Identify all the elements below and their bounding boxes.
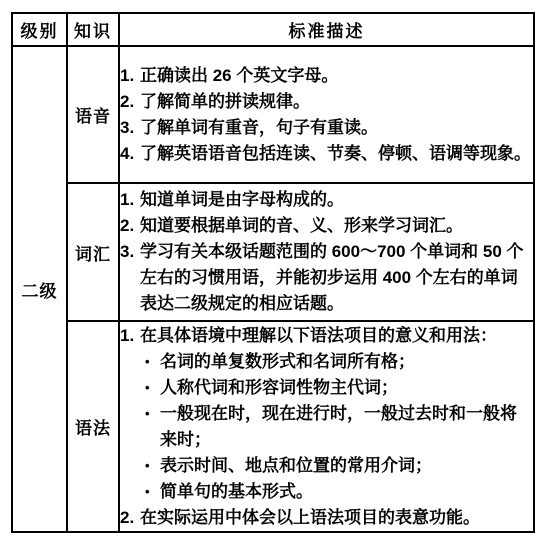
- bullet-item: •简单句的基本形式。: [145, 479, 533, 505]
- item-main-text: 了解单词有重音，句子有重读。: [140, 115, 533, 141]
- bullet-icon: •: [145, 453, 160, 479]
- bullet-item: •人称代词和形容词性物主代词；: [145, 375, 533, 401]
- table-row-grammar: 语法 1.在具体语境中理解以下语法项目的意义和用法：•名词的单复数形式和名词所有…: [12, 321, 534, 532]
- knowledge-cell-vocabulary: 词汇: [67, 183, 119, 321]
- item-main-text: 正确读出 26 个英文字母。: [140, 63, 533, 89]
- item-main-text: 学习有关本级话题范围的 600～700 个单词和 50 个左右的习惯用语，并能初…: [140, 239, 533, 317]
- item-number: 2.: [120, 89, 140, 115]
- bullet-item: •名词的单复数形式和名词所有格；: [145, 349, 533, 375]
- item-text: 了解简单的拼读规律。: [140, 89, 533, 115]
- item-text: 在实际运用中体会以上语法项目的表意功能。: [140, 505, 533, 531]
- standard-item: 1.在具体语境中理解以下语法项目的意义和用法：•名词的单复数形式和名词所有格；•…: [120, 323, 533, 505]
- item-main-text: 了解简单的拼读规律。: [140, 89, 533, 115]
- description-cell-grammar: 1.在具体语境中理解以下语法项目的意义和用法：•名词的单复数形式和名词所有格；•…: [119, 321, 534, 532]
- item-text: 知道要根据单词的音、义、形来学习词汇。: [140, 213, 533, 239]
- item-main-text: 在具体语境中理解以下语法项目的意义和用法：: [140, 323, 533, 349]
- item-number: 3.: [120, 115, 140, 141]
- bullet-text: 简单句的基本形式。: [160, 479, 533, 505]
- item-text: 知道单词是由字母构成的。: [140, 187, 533, 213]
- standards-table: 级别 知识 标准描述 二级 语音 1.正确读出 26 个英文字母。2.了解简单的…: [11, 12, 535, 533]
- knowledge-cell-phonetics: 语音: [67, 46, 119, 183]
- item-text: 正确读出 26 个英文字母。: [140, 63, 533, 89]
- bullet-text: 一般现在时，现在进行时，一般过去时和一般将来时；: [160, 401, 533, 453]
- column-header-knowledge: 知识: [67, 13, 119, 46]
- item-number: 1.: [120, 187, 140, 213]
- bullet-text: 名词的单复数形式和名词所有格；: [160, 349, 533, 375]
- item-number: 2.: [120, 505, 140, 531]
- bullet-text: 人称代词和形容词性物主代词；: [160, 375, 533, 401]
- table-row-vocabulary: 词汇 1.知道单词是由字母构成的。2.知道要根据单词的音、义、形来学习词汇。3.…: [12, 183, 534, 321]
- column-header-level: 级别: [12, 13, 67, 46]
- standard-item: 3.了解单词有重音，句子有重读。: [120, 115, 533, 141]
- item-main-text: 知道要根据单词的音、义、形来学习词汇。: [140, 213, 533, 239]
- item-main-text: 了解英语语音包括连读、节奏、停顿、语调等现象。: [140, 141, 533, 167]
- table-header-row: 级别 知识 标准描述: [12, 13, 534, 46]
- bullet-icon: •: [145, 401, 160, 453]
- item-number: 2.: [120, 213, 140, 239]
- standard-item: 2.在实际运用中体会以上语法项目的表意功能。: [120, 505, 533, 531]
- item-main-text: 在实际运用中体会以上语法项目的表意功能。: [140, 505, 533, 531]
- standard-item: 1.正确读出 26 个英文字母。: [120, 63, 533, 89]
- column-header-description: 标准描述: [119, 13, 534, 46]
- description-cell-phonetics: 1.正确读出 26 个英文字母。2.了解简单的拼读规律。3.了解单词有重音，句子…: [119, 46, 534, 183]
- bullet-item: •一般现在时，现在进行时，一般过去时和一般将来时；: [145, 401, 533, 453]
- standard-item: 4.了解英语语音包括连读、节奏、停顿、语调等现象。: [120, 141, 533, 167]
- item-text: 了解英语语音包括连读、节奏、停顿、语调等现象。: [140, 141, 533, 167]
- standard-item: 2.知道要根据单词的音、义、形来学习词汇。: [120, 213, 533, 239]
- bullet-icon: •: [145, 375, 160, 401]
- item-number: 3.: [120, 239, 140, 317]
- bullet-icon: •: [145, 349, 160, 375]
- item-text: 学习有关本级话题范围的 600～700 个单词和 50 个左右的习惯用语，并能初…: [140, 239, 533, 317]
- document-page: 级别 知识 标准描述 二级 语音 1.正确读出 26 个英文字母。2.了解简单的…: [0, 0, 546, 543]
- description-cell-vocabulary: 1.知道单词是由字母构成的。2.知道要根据单词的音、义、形来学习词汇。3.学习有…: [119, 183, 534, 321]
- bullet-icon: •: [145, 479, 160, 505]
- standard-item: 1.知道单词是由字母构成的。: [120, 187, 533, 213]
- item-number: 4.: [120, 141, 140, 167]
- standard-item: 2.了解简单的拼读规律。: [120, 89, 533, 115]
- item-number: 1.: [120, 323, 140, 505]
- bullet-item: •表示时间、地点和位置的常用介词；: [145, 453, 533, 479]
- level-cell: 二级: [12, 46, 67, 532]
- item-number: 1.: [120, 63, 140, 89]
- table-row-phonetics: 二级 语音 1.正确读出 26 个英文字母。2.了解简单的拼读规律。3.了解单词…: [12, 46, 534, 183]
- item-text: 在具体语境中理解以下语法项目的意义和用法：•名词的单复数形式和名词所有格；•人称…: [140, 323, 533, 505]
- standard-item: 3.学习有关本级话题范围的 600～700 个单词和 50 个左右的习惯用语，并…: [120, 239, 533, 317]
- knowledge-cell-grammar: 语法: [67, 321, 119, 532]
- item-main-text: 知道单词是由字母构成的。: [140, 187, 533, 213]
- item-text: 了解单词有重音，句子有重读。: [140, 115, 533, 141]
- bullet-text: 表示时间、地点和位置的常用介词；: [160, 453, 533, 479]
